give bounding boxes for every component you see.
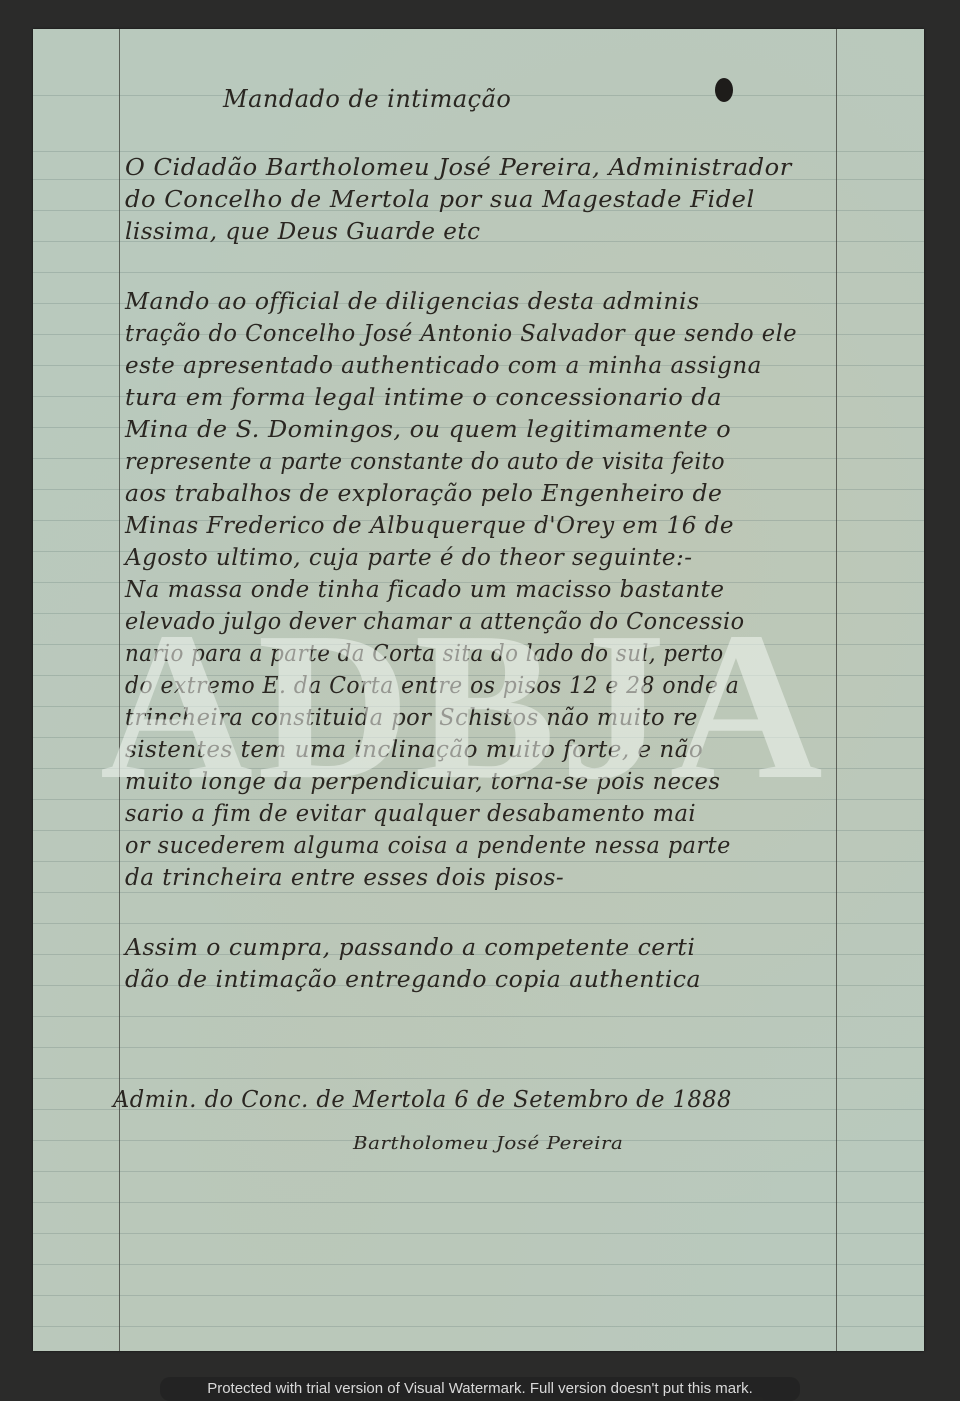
header-line: do Concelho de Mertola por sua Magestade…	[125, 187, 755, 213]
ruled-line	[33, 272, 924, 273]
body-line: tura em forma legal intime o concessiona…	[125, 385, 722, 411]
ruled-line	[33, 1233, 924, 1234]
ink-blot	[715, 78, 733, 102]
header-line: O Cidadão Bartholomeu José Pereira, Admi…	[125, 155, 792, 181]
left-margin-line	[119, 29, 120, 1351]
body-line: da trincheira entre esses dois pisos-	[125, 865, 564, 891]
ruled-line	[33, 1078, 924, 1079]
body-line: Mando ao official de diligencias desta a…	[125, 289, 700, 315]
signature: Bartholomeu José Pereira	[353, 1133, 623, 1154]
body-line: este apresentado authenticado com a minh…	[125, 353, 762, 379]
closing-line: dão de intimação entregando copia authen…	[125, 967, 701, 993]
body-line: muito longe da perpendicular, torna-se p…	[125, 769, 720, 795]
header-line: lissima, que Deus Guarde etc	[125, 219, 481, 245]
body-line: tração do Concelho José Antonio Salvador…	[125, 321, 797, 347]
closing-line: Assim o cumpra, passando a competente ce…	[125, 935, 695, 961]
ruled-line	[33, 923, 924, 924]
trial-watermark-notice: Protected with trial version of Visual W…	[160, 1377, 800, 1401]
body-line: Mina de S. Domingos, ou quem legitimamen…	[125, 417, 731, 443]
ruled-line	[33, 861, 924, 862]
body-line: sario a fim de evitar qualquer desabamen…	[125, 801, 696, 827]
right-margin-line	[836, 29, 837, 1351]
body-line: elevado julgo dever chamar a attenção do…	[125, 609, 745, 635]
document-title: Mandado de intimação	[223, 85, 511, 113]
ruled-line	[33, 151, 924, 152]
body-line: nario para a parte da Corta sita do lado…	[125, 641, 724, 667]
body-line: Na massa onde tinha ficado um macisso ba…	[125, 577, 725, 603]
body-line: or sucederem alguma coisa a pendente nes…	[125, 833, 731, 859]
ruled-line	[33, 1016, 924, 1017]
body-line: represente a parte constante do auto de …	[125, 449, 725, 475]
ruled-line	[33, 1202, 924, 1203]
body-line: Minas Frederico de Albuquerque d'Orey em…	[125, 513, 734, 539]
ruled-line	[33, 1326, 924, 1327]
ruled-line	[33, 1047, 924, 1048]
ruled-line	[33, 1171, 924, 1172]
ruled-line	[33, 1295, 924, 1296]
ruled-line	[33, 799, 924, 800]
dateline: Admin. do Conc. de Mertola 6 de Setembro…	[113, 1087, 732, 1113]
body-line: sistentes tem uma inclinação muito forte…	[125, 737, 703, 763]
ruled-line	[33, 830, 924, 831]
ruled-line	[33, 892, 924, 893]
body-line: trincheira constituida por Schistos não …	[125, 705, 698, 731]
ruled-line	[33, 1264, 924, 1265]
body-line: Agosto ultimo, cuja parte é do theor seg…	[125, 545, 693, 571]
document-page: Mandado de intimação O Cidadão Bartholom…	[33, 29, 924, 1351]
body-line: do extremo E. da Corta entre os pisos 12…	[125, 673, 739, 699]
body-line: aos trabalhos de exploração pelo Engenhe…	[125, 481, 722, 507]
